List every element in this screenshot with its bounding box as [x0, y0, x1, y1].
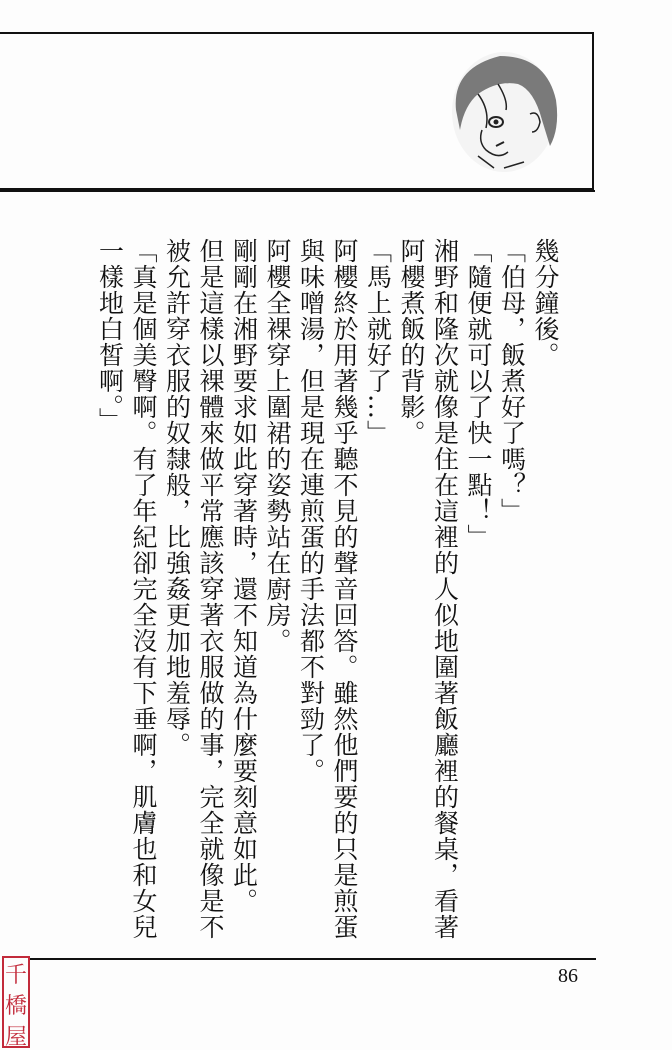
page-number: 86	[558, 965, 578, 988]
paragraph: 阿櫻終於用著幾乎聽不見的聲音回答。雖然他們要的只是煎蛋與味噌湯，但是現在連煎蛋的…	[294, 212, 361, 952]
seal-char: 屋	[5, 1020, 27, 1050]
seal-char: 千	[5, 958, 27, 989]
paragraph: 「馬上就好了…」	[361, 212, 395, 952]
body-text: 幾分鐘後。 「伯母，飯煮好了嗎？」 「隨便就可以了快一點！」 湘野和隆次就像是住…	[52, 212, 562, 952]
publisher-seal-icon: 千 橋 屋	[2, 956, 30, 1048]
header-rule	[0, 190, 595, 192]
paragraph: 「伯母，飯煮好了嗎？」	[495, 212, 529, 952]
paragraph: 但是這樣以裸體來做平常應該穿著衣服做的事，完全就像是不被允許穿衣服的奴隸般，比強…	[160, 212, 227, 952]
paragraph: 湘野和隆次就像是住在這裡的人似地圍著飯廳裡的餐桌，看著阿櫻煮飯的背影。	[395, 212, 462, 952]
paragraph: 阿櫻全裸穿上圍裙的姿勢站在廚房。	[261, 212, 295, 952]
footer-rule	[30, 958, 596, 960]
seal-char: 橋	[5, 989, 27, 1020]
paragraph: 「真是個美臀啊。有了年紀卻完全沒有下垂啊，肌膚也和女兒一樣地白皙啊。」	[93, 212, 160, 952]
paragraph: 幾分鐘後。	[529, 212, 563, 952]
character-portrait-icon	[438, 50, 568, 180]
paragraph: 「隨便就可以了快一點！」	[462, 212, 496, 952]
paragraph: 剛剛在湘野要求如此穿著時，還不知道為什麼要刻意如此。	[227, 212, 261, 952]
